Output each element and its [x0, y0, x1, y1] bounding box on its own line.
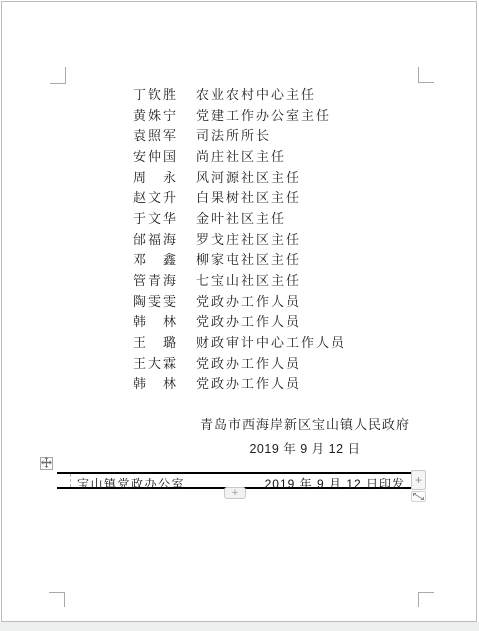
person-title: 农业农村中心主任 [196, 84, 316, 103]
table-resize-handle[interactable] [411, 491, 426, 502]
roster-row: 管青海 七宝山社区主任 [133, 269, 346, 290]
person-title: 风河源社区主任 [196, 167, 301, 186]
person-name: 王大霖 [133, 353, 196, 372]
person-name: 周 永 [133, 167, 196, 186]
roster-row: 赵文升 白果树社区主任 [133, 186, 346, 207]
roster-row: 王 璐 财政审计中心工作人员 [133, 331, 346, 352]
closing-block: 青岛市西海岸新区宝山镇人民政府 2019 年 9 月 12 日 [200, 414, 410, 457]
person-name: 王 璐 [133, 332, 196, 351]
person-title: 罗戈庄社区主任 [196, 229, 301, 248]
page-edge-right [476, 1, 477, 622]
roster-list: 丁钦胜 农业农村中心主任 黄姝宁 党建工作办公室主任 袁照军 司法所所长 安仲国… [133, 83, 346, 393]
app-background-strip [0, 622, 479, 631]
text-boundary-mark-top-left [50, 67, 66, 84]
roster-row: 韩 林 党政办工作人员 [133, 373, 346, 394]
person-name: 邰福海 [133, 229, 196, 248]
person-title: 七宝山社区主任 [196, 270, 301, 289]
person-title: 白果树社区主任 [196, 187, 301, 206]
person-title: 财政审计中心工作人员 [196, 332, 346, 351]
person-name: 韩 林 [133, 311, 196, 330]
person-title: 党政办工作人员 [196, 373, 301, 392]
text-boundary-mark-bottom-left [49, 592, 65, 607]
person-title: 党政办工作人员 [196, 353, 301, 372]
footer-issuing-office: 宝山镇党政办公室 [77, 475, 185, 492]
document-page[interactable]: 丁钦胜 农业农村中心主任 黄姝宁 党建工作办公室主任 袁照军 司法所所长 安仲国… [0, 0, 479, 631]
person-name: 黄姝宁 [133, 105, 196, 124]
text-boundary-mark-bottom-right [418, 592, 434, 607]
person-title: 党政办工作人员 [196, 311, 301, 330]
roster-row: 陶雯雯 党政办工作人员 [133, 290, 346, 311]
move-arrows-icon [41, 455, 52, 473]
person-title: 司法所所长 [196, 125, 271, 144]
table-move-handle[interactable] [40, 457, 53, 470]
person-name: 袁照军 [133, 125, 196, 144]
diagonal-resize-icon [412, 488, 425, 506]
person-name: 于文华 [133, 208, 196, 227]
plus-icon: + [415, 473, 422, 487]
person-name: 管青海 [133, 270, 196, 289]
person-title: 柳家屯社区主任 [196, 249, 301, 268]
roster-row: 邓 鑫 柳家屯社区主任 [133, 249, 346, 270]
roster-row: 邰福海 罗戈庄社区主任 [133, 228, 346, 249]
person-name: 韩 林 [133, 373, 196, 392]
roster-row: 周 永 风河源社区主任 [133, 166, 346, 187]
person-title: 党政办工作人员 [196, 291, 301, 310]
roster-row: 王大霖 党政办工作人员 [133, 352, 346, 373]
footer-table-top-border [57, 472, 411, 474]
person-name: 丁钦胜 [133, 84, 196, 103]
person-name: 陶雯雯 [133, 291, 196, 310]
roster-row: 韩 林 党政办工作人员 [133, 311, 346, 332]
footer-table-left-gridline [70, 474, 71, 487]
person-title: 党建工作办公室主任 [196, 105, 331, 124]
roster-row: 安仲国 尚庄社区主任 [133, 145, 346, 166]
page-edge-left [1, 1, 2, 622]
page-edge-top [1, 1, 477, 2]
roster-row: 于文华 金叶社区主任 [133, 207, 346, 228]
text-boundary-mark-top-right [418, 67, 434, 83]
person-title: 金叶社区主任 [196, 208, 286, 227]
document-date: 2019 年 9 月 12 日 [200, 439, 410, 457]
person-name: 安仲国 [133, 146, 196, 165]
person-title: 尚庄社区主任 [196, 146, 286, 165]
roster-row: 袁照军 司法所所长 [133, 124, 346, 145]
person-name: 邓 鑫 [133, 249, 196, 268]
person-name: 赵文升 [133, 187, 196, 206]
roster-row: 丁钦胜 农业农村中心主任 [133, 83, 346, 104]
issuing-authority: 青岛市西海岸新区宝山镇人民政府 [200, 414, 410, 433]
roster-row: 黄姝宁 党建工作办公室主任 [133, 104, 346, 125]
plus-icon: + [232, 488, 238, 498]
footer-print-date: 2019 年 9 月 12 日印发 [265, 475, 405, 492]
insert-row-button[interactable]: + [224, 487, 246, 499]
